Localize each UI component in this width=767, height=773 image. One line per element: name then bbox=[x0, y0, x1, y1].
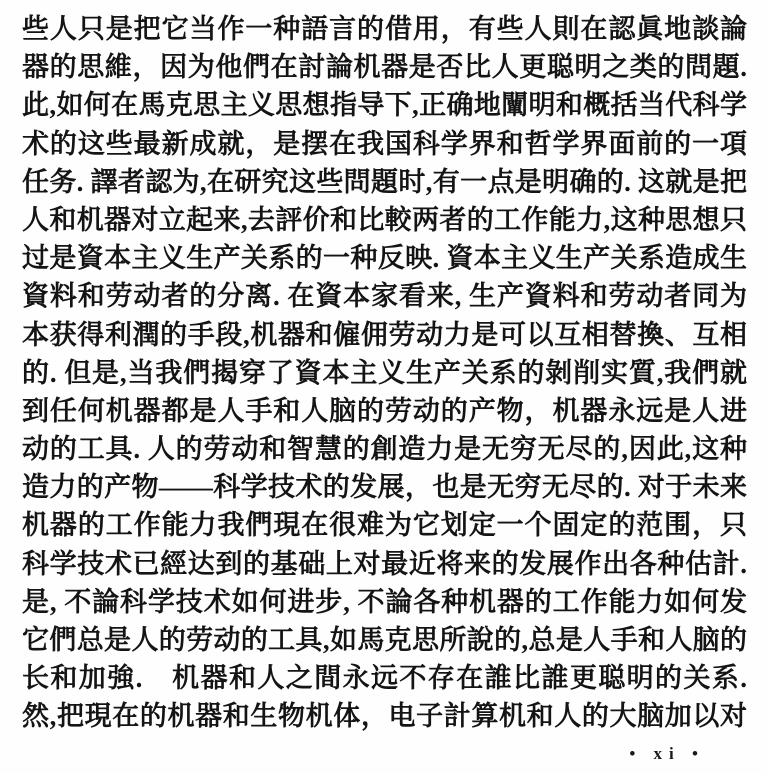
text-line: 动的工具. 人的劳动和智慧的創造力是无穷无尽的,因此,这种創 bbox=[22, 430, 747, 468]
text-line: 些人只是把它当作一种語言的借用，有些人則在認眞地談論着机 bbox=[22, 10, 747, 48]
text-line: 术的这些最新成就，是摆在我国科学界和哲学界面前的一項重要 bbox=[22, 125, 747, 163]
text-line: 本获得利潤的手段,机器和僱佣劳动力是可以互相替換、互相竞爭 bbox=[22, 316, 747, 354]
text-line: 器的思維，因为他們在討論机器是否比人更聪明之类的問題. 因 bbox=[22, 48, 747, 86]
text-line: 造力的产物——科学技术的发展，也是无穷无尽的. 对于未来的 bbox=[22, 468, 747, 506]
text-line: 此,如何在馬克思主义思想指导下,正确地闡明和概括当代科学技 bbox=[22, 86, 747, 124]
text-line: 科学技术已經达到的基础上对最近将来的发展作出各种估計. 但 bbox=[22, 545, 747, 583]
text-line: 然,把現在的机器和生物机体，电子計算机和人的大脑加以对比, bbox=[22, 697, 747, 735]
text-line: 机器的工作能力我們現在很难为它划定一个固定的范围，只能在 bbox=[22, 506, 747, 544]
text-line: 长和加強. 机器和人之間永远不存在誰比誰更聪明的关系. 当 bbox=[22, 659, 747, 697]
text-line: 到任何机器都是人手和人脑的劳动的产物，机器永远是人进行劳 bbox=[22, 392, 747, 430]
book-page: 些人只是把它当作一种語言的借用，有些人則在認眞地談論着机 器的思維，因为他們在討… bbox=[0, 0, 767, 773]
text-line: 任务. 譯者認为,在研究这些問題时,有一点是明确的. 这就是把 bbox=[22, 163, 747, 201]
text-line: 过是資本主义生产关系的一种反映. 資本主义生产关系造成生产 bbox=[22, 239, 747, 277]
text-line: 是, 不論科学技术如何进步, 不論各种机器的工作能力如何发展, bbox=[22, 583, 747, 621]
body-text: 些人只是把它当作一种語言的借用，有些人則在認眞地談論着机 器的思維，因为他們在討… bbox=[22, 10, 747, 736]
text-line: 資料和劳动者的分离. 在資本家看来, 生产資料和劳动者同为資 bbox=[22, 277, 747, 315]
text-line: 的. 但是,当我們揭穿了資本主义生产关系的剝削实質,我們就看 bbox=[22, 354, 747, 392]
text-line: 人和机器对立起来,去評价和比較两者的工作能力,这种思想只不 bbox=[22, 201, 747, 239]
text-line: 它們总是人的劳动的工具,如馬克思所說的,总是人手和人脑的延 bbox=[22, 621, 747, 659]
page-number: • xi • bbox=[22, 744, 747, 764]
